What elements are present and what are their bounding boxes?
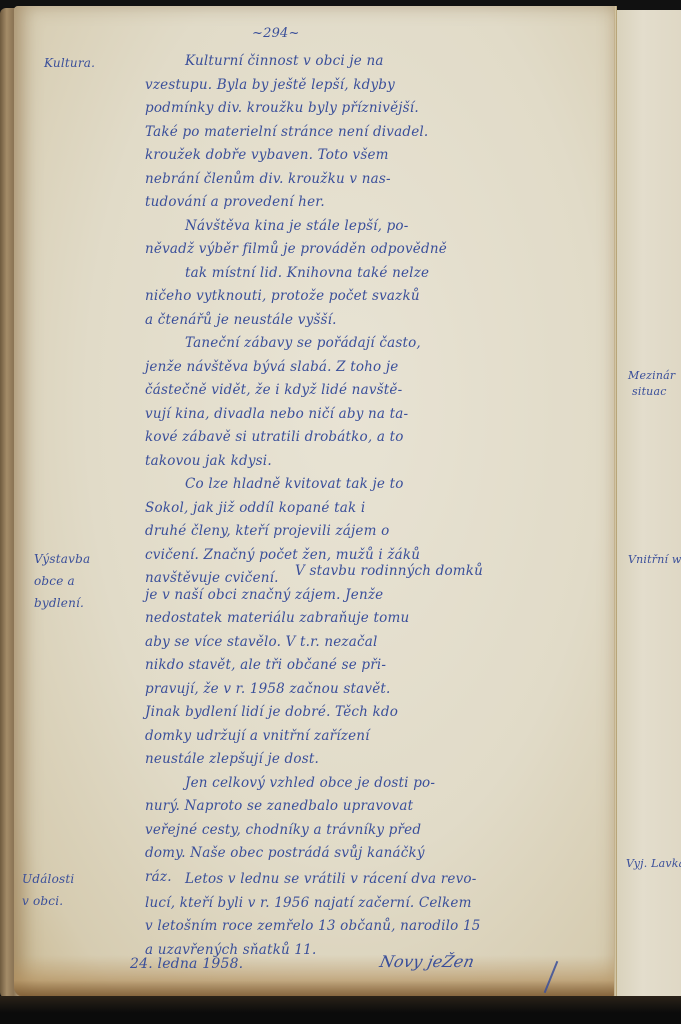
text-line: nurý. Naproto se zanedbalo upravovat	[145, 795, 610, 819]
text-line: veřejné cesty, chodníky a trávníky před	[145, 819, 610, 843]
facing-note-line: Vyj. Lavka	[626, 856, 681, 872]
text-line: tudování a provedení her.	[145, 191, 610, 215]
facing-note-line: situac	[628, 384, 675, 400]
signature: Novy jeŽen	[378, 952, 476, 971]
facing-page-note: Vyj. Lavka	[626, 856, 681, 872]
margin-heading-udalosti: Události v obci.	[22, 868, 112, 912]
closing-line: 24. ledna 1958. Novy jeŽen	[130, 956, 600, 984]
text-line: Návštěva kina je stále lepší, po-	[145, 215, 610, 239]
text-line: pravují, že v r. 1958 začnou stavět.	[145, 678, 610, 702]
facing-page	[617, 10, 681, 996]
text-line: Taneční zábavy se pořádají často,	[145, 332, 610, 356]
text-line: druhé členy, kteří projevili zájem o	[145, 520, 610, 544]
margin-heading-kultura: Kultura.	[44, 52, 95, 74]
text-line: je v naší obci značný zájem. Jenže	[145, 584, 610, 608]
text-line: Také po materielní stránce není divadel.	[145, 121, 610, 145]
background-shadow	[0, 996, 681, 1024]
text-line: tak místní lid. Knihovna také nelze	[145, 262, 610, 286]
text-line: lucí, kteří byli v r. 1956 najatí začern…	[145, 892, 610, 916]
entry-date: 24. ledna 1958.	[130, 956, 243, 972]
facing-page-note: Mezinár situac	[628, 368, 675, 400]
facing-note-line: Vnitřní w	[628, 552, 681, 568]
text-line: Jinak bydlení lidí je dobré. Těch kdo	[145, 701, 610, 725]
section-kultura: Kulturní činnost v obci je na vzestupu. …	[145, 50, 610, 591]
margin-heading-vystavba: Výstavba obce a bydlení.	[34, 548, 124, 614]
margin-line: Události	[22, 868, 112, 890]
book-photo: ~294~ Kultura. Výstavba obce a bydlení. …	[0, 0, 681, 1024]
text-line: aby se více stavělo. V t.r. nezačal	[145, 631, 610, 655]
text-line: nebrání členům div. kroužku v nas-	[145, 168, 610, 192]
text-line: domky udržují a vnitřní zařízení	[145, 725, 610, 749]
text-line: takovou jak kdysi.	[145, 450, 610, 474]
text-line: jenže návštěva bývá slabá. Z toho je	[145, 356, 610, 380]
text-line: v letošním roce zemřelo 13 občanů, narod…	[145, 915, 610, 939]
text-line: kroužek dobře vybaven. Toto všem	[145, 144, 610, 168]
margin-line: obce a	[34, 570, 124, 592]
margin-line: Výstavba	[34, 548, 124, 570]
margin-line: bydlení.	[34, 592, 124, 614]
facing-note-line: Mezinár	[628, 368, 675, 384]
text-line: domy. Naše obec postrádá svůj kanáčký	[145, 842, 610, 866]
text-line: ničeho vytknouti, protože počet svazků	[145, 285, 610, 309]
text-line: nikdo stavět, ale tři občané se při-	[145, 654, 610, 678]
text-line: Jen celkový vzhled obce je dosti po-	[145, 772, 610, 796]
text-line: Kulturní činnost v obci je na	[145, 50, 610, 74]
text-line: kové zábavě si utratili drobátko, a to	[145, 426, 610, 450]
text-line: podmínky div. kroužku byly příznivější.	[145, 97, 610, 121]
section-vystavba: V stavbu rodinných domků je v naší obci …	[145, 560, 610, 889]
margin-line: v obci.	[22, 890, 112, 912]
text-line: vují kina, divadla nebo ničí aby na ta-	[145, 403, 610, 427]
text-line: nedostatek materiálu zabraňuje tomu	[145, 607, 610, 631]
text-line: neustále zlepšují je dost.	[145, 748, 610, 772]
text-line: něvadž výběr filmů je prováděn odpovědně	[145, 238, 610, 262]
text-line: Letos v lednu se vrátili v rácení dva re…	[145, 868, 610, 892]
text-line: Co lze hladně kvitovat tak je to	[145, 473, 610, 497]
page-number: ~294~	[252, 26, 300, 41]
text-line: a čtenářů je neustále vyšší.	[145, 309, 610, 333]
text-line: V stavbu rodinných domků	[145, 560, 610, 584]
text-line: vzestupu. Byla by ještě lepší, kdyby	[145, 74, 610, 98]
text-line: Sokol, jak již oddíl kopané tak i	[145, 497, 610, 521]
text-line: částečně vidět, že i když lidé navště-	[145, 379, 610, 403]
facing-page-note: Vnitřní w	[628, 552, 681, 568]
section-udalosti: Letos v lednu se vrátili v rácení dva re…	[145, 868, 610, 962]
